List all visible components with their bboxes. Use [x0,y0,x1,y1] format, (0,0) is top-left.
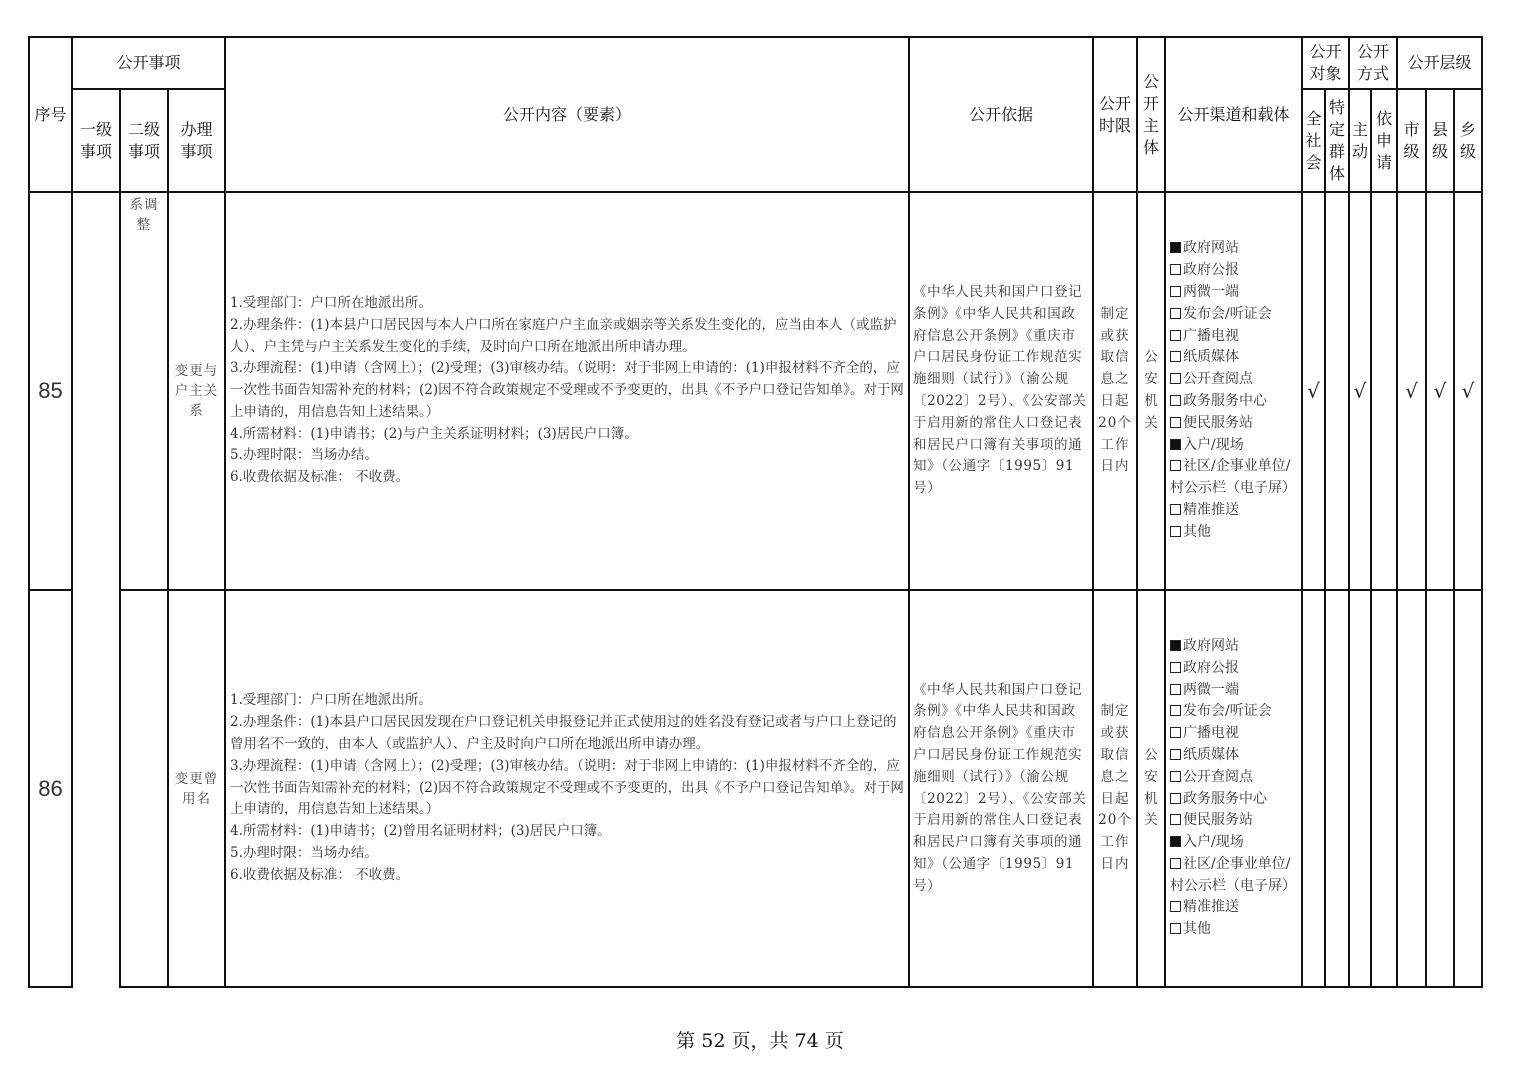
row-time-limit: 制定或获取信息之日起20个工作日内 [1093,590,1137,987]
header-public-items: 公开事项 [72,37,225,89]
content-line: 1.受理部门：户口所在地派出所。 [230,293,904,315]
content-line: 5.办理时限：当场办结。 [230,445,904,467]
content-line: 6.收费依据及标准： 不收费。 [230,467,904,489]
header-seq: 序号 [29,37,72,192]
header-level-county: 县级 [1426,89,1454,192]
header-method-active: 主动 [1349,89,1371,192]
channel-onsite: 入户/现场 [1170,832,1301,854]
level-county-check-icon: √ [1426,192,1454,590]
channel-gov-website: 政府网站 [1170,636,1301,658]
header-level1: 一级事项 [72,89,120,192]
content-line: 2.办理条件：(1)本县户口居民因与本人户口所在家庭户户主血亲或姻亲等关系发生变… [230,315,904,359]
channel-onsite: 入户/现场 [1170,435,1301,457]
header-level2: 二级事项 [120,89,168,192]
row-subject: 公安机关 [1137,192,1165,590]
row-time-limit: 制定或获取信息之日起20个工作日内 [1093,192,1137,590]
channel-other: 其他 [1170,919,1301,941]
content-line: 6.收费依据及标准： 不收费。 [230,865,904,887]
channel-bulletin-board: 社区/企事业单位/村公示栏（电子屏） [1170,456,1298,500]
unchecked-box-icon [1170,901,1181,912]
method-request-check-icon [1371,192,1397,590]
unchecked-box-icon [1170,923,1181,934]
channel-targeted-push: 精准推送 [1170,897,1301,919]
unchecked-box-icon [1170,771,1181,782]
target-specific-cell [1325,590,1349,987]
row-seq: 86 [29,590,72,987]
content-line: 5.办理时限：当场办结。 [230,843,904,865]
checked-box-icon [1170,836,1181,847]
channel-broadcast-tv: 广播电视 [1170,326,1301,348]
unchecked-box-icon [1170,308,1181,319]
row-subject: 公安机关 [1137,590,1165,987]
level-county-cell [1426,590,1454,987]
document-page: 序号 公开事项 公开内容（要素） 公开依据 公开时限 公开主体 公开渠道和载体 … [0,0,1520,1074]
channel-service-station: 便民服务站 [1170,413,1301,435]
header-target-specific: 特定群体 [1325,89,1349,192]
row-basis: 《中华人民共和国户口登记条例》《中华人民共和国政府信息公开条例》《重庆市户口居民… [909,590,1093,987]
unchecked-box-icon [1170,727,1181,738]
row-basis: 《中华人民共和国户口登记条例》《中华人民共和国政府信息公开条例》《重庆市户口居民… [909,192,1093,590]
row-content: 1.受理部门：户口所在地派出所。 2.办理条件：(1)本县户口居民因与本人户口所… [225,192,909,590]
content-line: 4.所需材料：(1)申请书；(2)曾用名证明材料；(3)居民户口簿。 [230,821,904,843]
unchecked-box-icon [1170,330,1181,341]
channel-other: 其他 [1170,522,1301,544]
unchecked-box-icon [1170,814,1181,825]
unchecked-box-icon [1170,684,1181,695]
channel-gov-gazette: 政府公报 [1170,658,1301,680]
header-method: 公开方式 [1349,37,1397,89]
method-request-cell [1371,590,1397,987]
unchecked-box-icon [1170,705,1181,716]
unchecked-box-icon [1170,526,1181,537]
channel-gov-gazette: 政府公报 [1170,260,1301,282]
row-handling: 变更曾用名 [168,590,225,987]
channel-print-media: 纸质媒体 [1170,745,1301,767]
unchecked-box-icon [1170,858,1181,869]
channel-wechat-weibo-app: 两微一端 [1170,282,1301,304]
channel-targeted-push: 精准推送 [1170,500,1301,522]
target-specific-check-icon [1325,192,1349,590]
channel-reading-point: 公开查阅点 [1170,369,1301,391]
row-handling: 变更与户主关系 [168,192,225,590]
channel-bulletin-board: 社区/企事业单位/村公示栏（电子屏） [1170,854,1298,898]
target-all-check-icon: √ [1302,192,1325,590]
method-active-check-icon: √ [1349,192,1371,590]
header-basis: 公开依据 [909,37,1093,192]
row-channels: 政府网站 政府公报 两微一端 发布会/听证会 广播电视 纸质媒体 公开查阅点 政… [1165,192,1302,590]
unchecked-box-icon [1170,373,1181,384]
row-channels: 政府网站 政府公报 两微一端 发布会/听证会 广播电视 纸质媒体 公开查阅点 政… [1165,590,1302,987]
channel-service-center: 政务服务中心 [1170,789,1301,811]
content-line: 2.办理条件：(1)本县户口居民因发现在户口登记机关申报登记并正式使用过的姓名没… [230,712,904,756]
content-line: 3.办理流程：(1)申请（含网上）；(2)受理；(3)审核办结。（说明：对于非网… [230,756,904,821]
checked-box-icon [1170,439,1181,450]
checked-box-icon [1170,242,1181,253]
channel-wechat-weibo-app: 两微一端 [1170,680,1301,702]
table-row: 86 变更曾用名 1.受理部门：户口所在地派出所。 2.办理条件：(1)本县户口… [29,590,1482,987]
unchecked-box-icon [1170,662,1181,673]
content-line: 3.办理流程：(1)申请（含网上）；(2)受理；(3)审核办结。（说明：对于非网… [230,358,904,423]
level-town-check-icon: √ [1454,192,1482,590]
unchecked-box-icon [1170,351,1181,362]
header-level-town: 乡级 [1454,89,1482,192]
header-time-limit: 公开时限 [1093,37,1137,192]
row-level2: 系调整 [120,192,168,590]
unchecked-box-icon [1170,286,1181,297]
unchecked-box-icon [1170,749,1181,760]
channel-broadcast-tv: 广播电视 [1170,723,1301,745]
header-target: 公开对象 [1302,37,1349,89]
checked-box-icon [1170,640,1181,651]
channel-press-hearing: 发布会/听证会 [1170,701,1301,723]
channel-press-hearing: 发布会/听证会 [1170,304,1301,326]
channel-service-center: 政务服务中心 [1170,391,1301,413]
header-target-all: 全社会 [1302,89,1325,192]
row-level1 [72,192,120,987]
target-all-cell [1302,590,1325,987]
unchecked-box-icon [1170,395,1181,406]
level-city-check-icon: √ [1397,192,1426,590]
table-row: 85 系调整 变更与户主关系 1.受理部门：户口所在地派出所。 2.办理条件：(… [29,192,1482,590]
header-method-request: 依申请 [1371,89,1397,192]
channel-reading-point: 公开查阅点 [1170,767,1301,789]
unchecked-box-icon [1170,417,1181,428]
unchecked-box-icon [1170,504,1181,515]
header-level: 公开层级 [1397,37,1482,89]
level-town-cell [1454,590,1482,987]
content-line: 4.所需材料：(1)申请书；(2)与户主关系证明材料；(3)居民户口簿。 [230,424,904,446]
header-subject: 公开主体 [1137,37,1165,192]
page-number: 第 52 页，共 74 页 [0,1026,1520,1053]
header-content: 公开内容（要素） [225,37,909,192]
header-row-1: 序号 公开事项 公开内容（要素） 公开依据 公开时限 公开主体 公开渠道和载体 … [29,37,1482,89]
channel-print-media: 纸质媒体 [1170,347,1301,369]
channel-service-station: 便民服务站 [1170,810,1301,832]
row-level2 [120,590,168,987]
header-handling: 办理事项 [168,89,225,192]
unchecked-box-icon [1170,793,1181,804]
channel-gov-website: 政府网站 [1170,238,1301,260]
unchecked-box-icon [1170,264,1181,275]
header-channels: 公开渠道和载体 [1165,37,1302,192]
disclosure-table: 序号 公开事项 公开内容（要素） 公开依据 公开时限 公开主体 公开渠道和载体 … [28,36,1483,988]
method-active-cell [1349,590,1371,987]
content-line: 1.受理部门：户口所在地派出所。 [230,690,904,712]
row-seq: 85 [29,192,72,590]
header-level-city: 市级 [1397,89,1426,192]
row-content: 1.受理部门：户口所在地派出所。 2.办理条件：(1)本县户口居民因发现在户口登… [225,590,909,987]
level-city-cell [1397,590,1426,987]
unchecked-box-icon [1170,460,1181,471]
